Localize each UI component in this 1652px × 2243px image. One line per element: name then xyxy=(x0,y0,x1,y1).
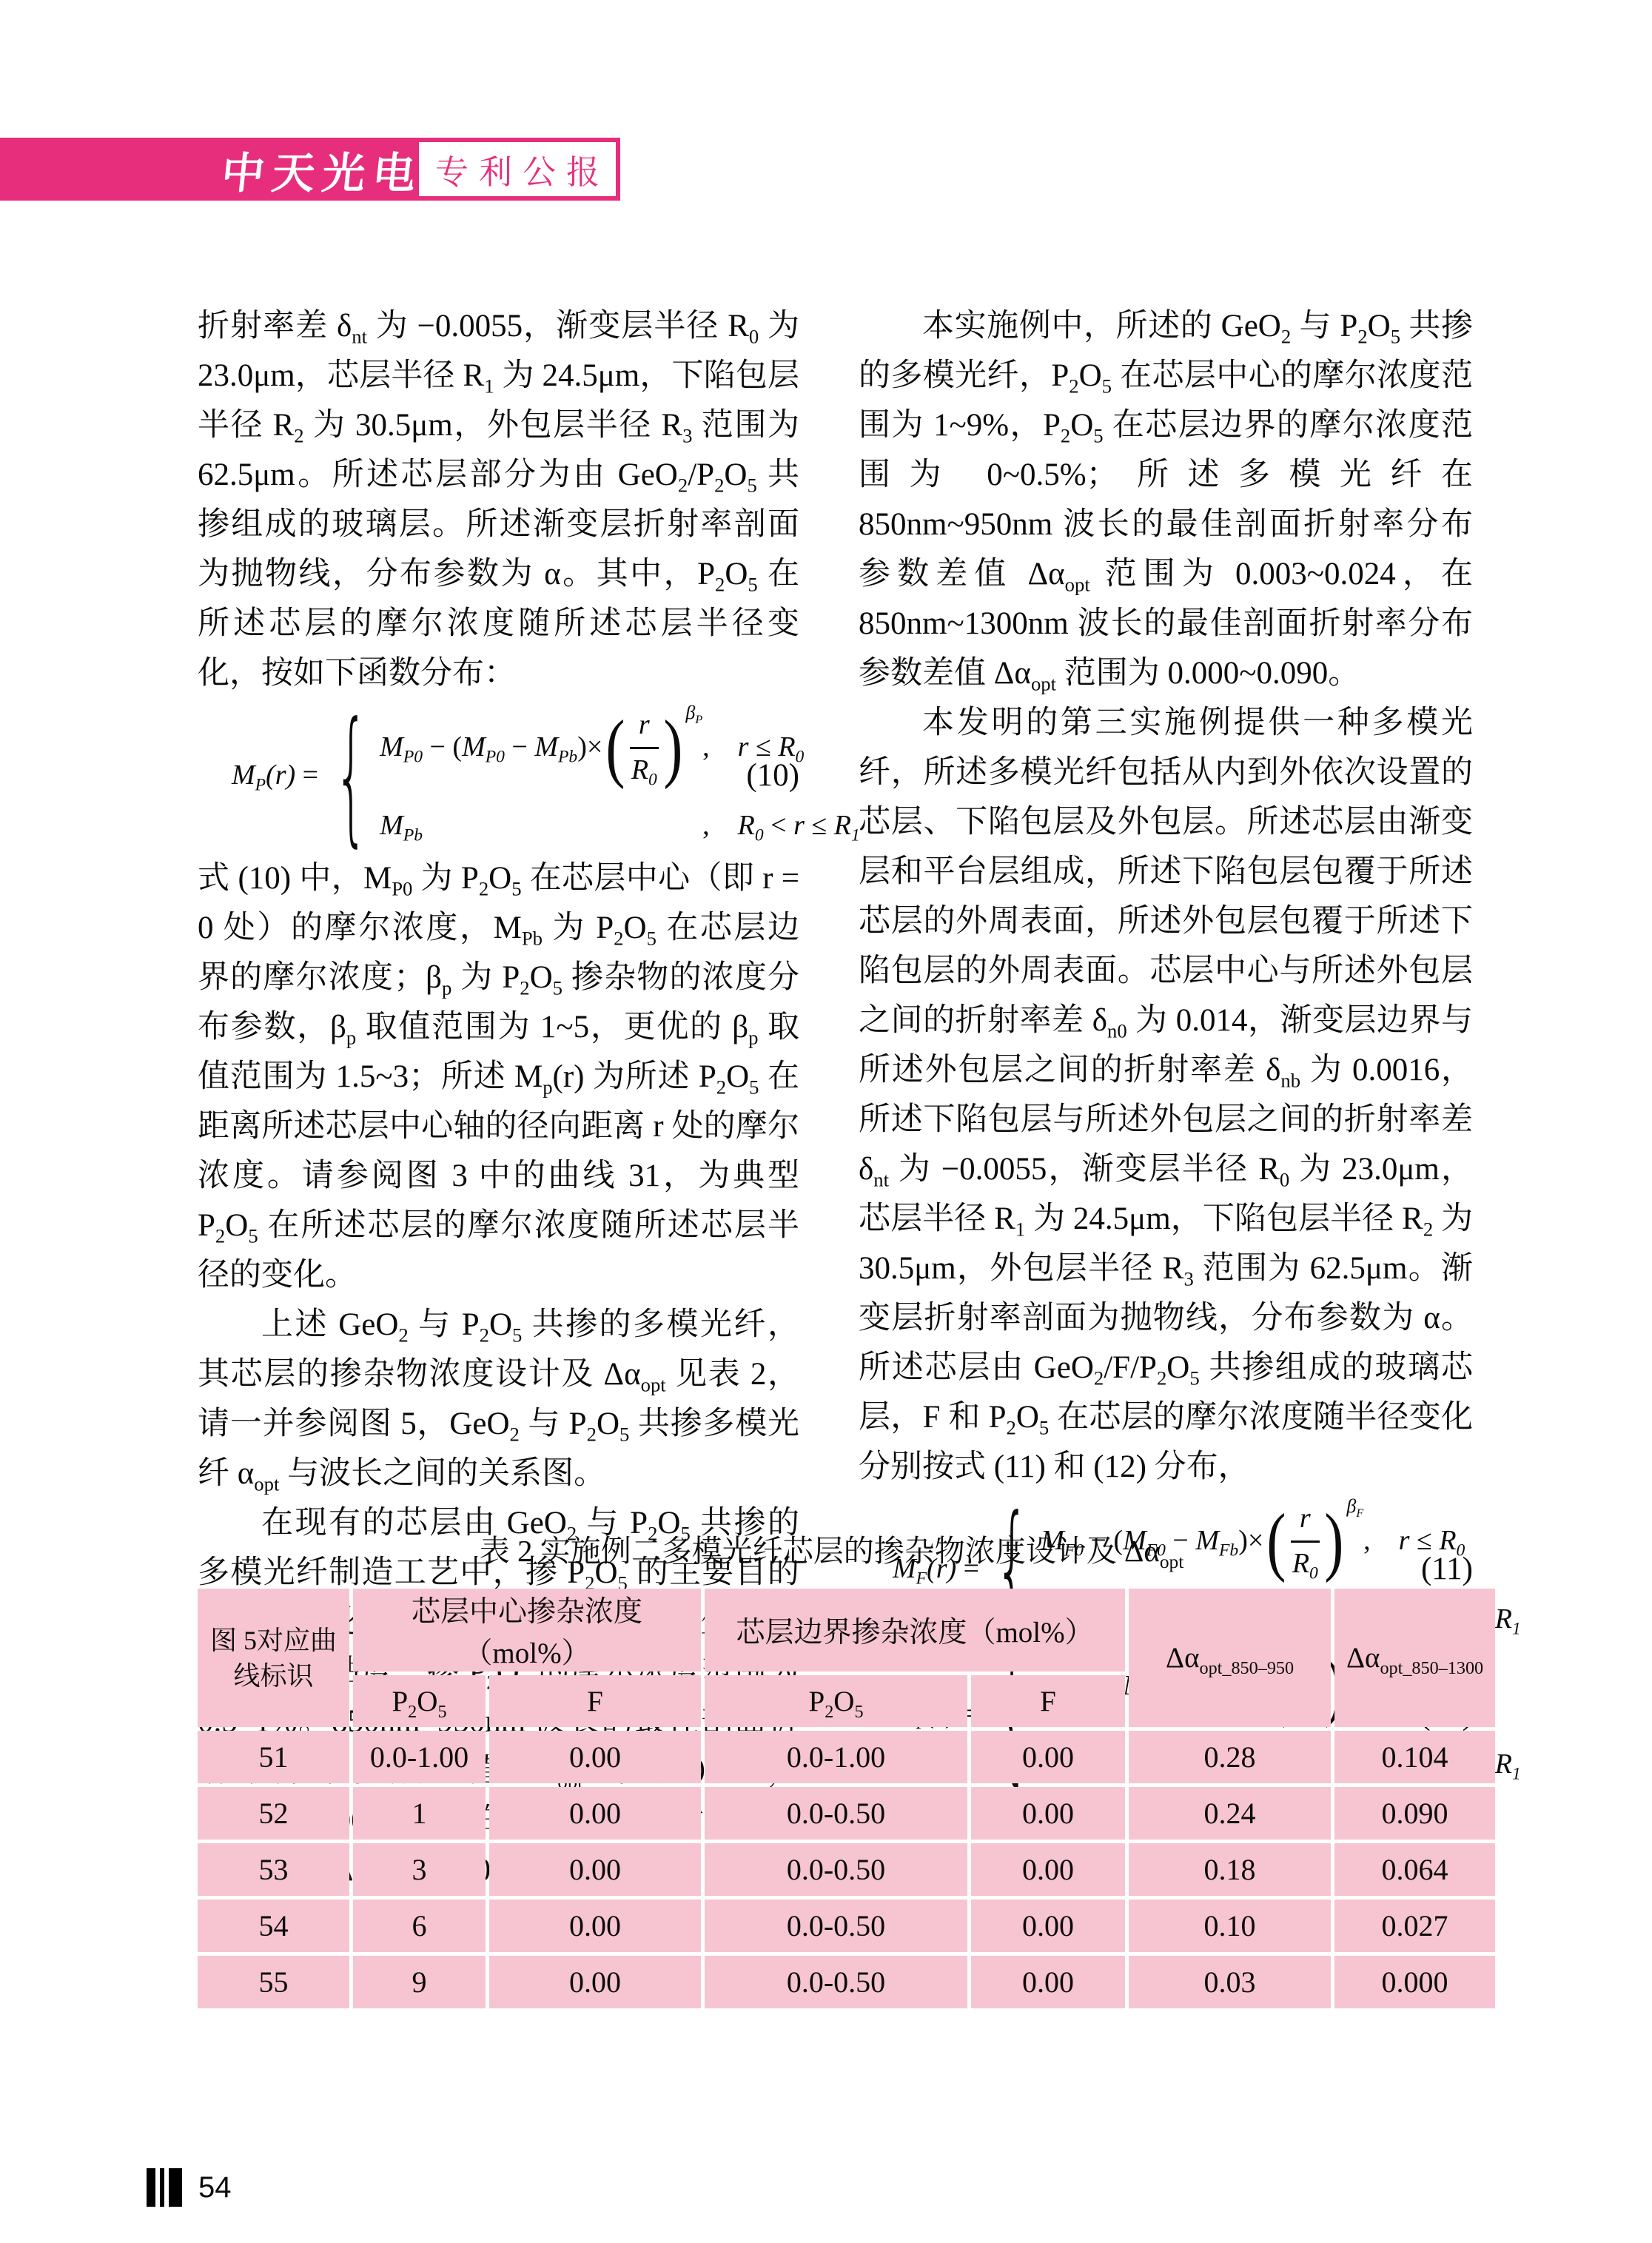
fraction: r R0 xyxy=(630,708,659,787)
table-cell: 6 xyxy=(353,1900,486,1952)
paragraph: 上述 GeO2 与 P2O5 共掺的多模光纤，其芯层的掺杂物浓度设计及 Δαop… xyxy=(198,1300,799,1498)
table-cell: 3 xyxy=(353,1843,486,1896)
table-cell: 0.00 xyxy=(971,1731,1125,1783)
table-title: 表 2 实施例二多模光纤芯层的掺杂物浓度设计及 Δαopt xyxy=(194,1526,1469,1570)
left-brace: { xyxy=(335,703,369,848)
table-cell: 1 xyxy=(353,1787,486,1840)
header-dalpha-850-950: Δαopt_850–950 xyxy=(1129,1589,1331,1727)
formula-lhs: MP(r) = xyxy=(232,759,318,793)
table-cell: 0.10 xyxy=(1129,1900,1331,1952)
table-cell: 0.000 xyxy=(1334,1956,1495,2008)
table-cell: 0.0-0.50 xyxy=(705,1787,967,1840)
doping-table-wrap: 图 5对应曲线标识 芯层中心掺杂浓度（mol%） 芯层边界掺杂浓度（mol%） … xyxy=(194,1585,1469,2012)
table-row: 5330.000.0-0.500.000.180.064 xyxy=(198,1843,1495,1896)
table-cell: 55 xyxy=(198,1956,349,2008)
table-cell: 0.00 xyxy=(489,1843,701,1896)
equation-number: (10) xyxy=(746,757,799,795)
table-cell: 0.090 xyxy=(1334,1787,1495,1840)
company-logo: 中天光电 xyxy=(219,138,427,201)
table-row: 5210.000.0-0.500.000.240.090 xyxy=(198,1787,1495,1840)
table-cell: 51 xyxy=(198,1731,349,1783)
table-cell: 0.00 xyxy=(971,1900,1125,1952)
paragraph: 本实施例中，所述的 GeO2 与 P2O5 共掺的多模光纤，P2O5 在芯层中心… xyxy=(859,301,1473,698)
header-edge-doping: 芯层边界掺杂浓度（mol%） xyxy=(705,1589,1125,1672)
table-cell: 0.104 xyxy=(1334,1731,1495,1783)
table-cell: 53 xyxy=(198,1843,349,1896)
patent-gazette-page: 中天光电 专利公报 折射率差 δnt 为 −0.0055，渐变层半径 R0 为 … xyxy=(0,0,1652,2243)
page-footer: 54 xyxy=(147,2167,232,2207)
paragraph: 本发明的第三实施例提供一种多模光纤，所述多模光纤包括从内到外依次设置的芯层、下陷… xyxy=(859,698,1473,1492)
header-center-doping: 芯层中心掺杂浓度（mol%） xyxy=(353,1589,701,1672)
table-cell: 0.24 xyxy=(1129,1787,1331,1840)
table-cell: 52 xyxy=(198,1787,349,1840)
table-cell: 0.064 xyxy=(1334,1843,1495,1896)
exponent: βF xyxy=(1346,1495,1363,1518)
page-number: 54 xyxy=(198,2171,232,2205)
table-cell: 0.0-1.00 xyxy=(353,1731,486,1783)
subheader-p2o5-center: P2O5 xyxy=(353,1675,486,1727)
patent-gazette-badge: 专利公报 xyxy=(414,138,620,201)
table-cell: 0.00 xyxy=(971,1843,1125,1896)
badge-label: 专利公报 xyxy=(425,145,610,193)
subheader-f-edge: F xyxy=(971,1675,1125,1727)
fraction-denominator: R0 xyxy=(631,749,657,788)
table-header-row: 图 5对应曲线标识 芯层中心掺杂浓度（mol%） 芯层边界掺杂浓度（mol%） … xyxy=(198,1589,1495,1672)
header-dalpha-850-1300: Δαopt_850–1300 xyxy=(1334,1589,1495,1727)
paragraph: 折射率差 δnt 为 −0.0055，渐变层半径 R0 为 23.0μm，芯层半… xyxy=(198,301,799,698)
formula-term: MP0 − (MP0 − MPb)× xyxy=(380,731,602,765)
table-cell: 0.00 xyxy=(489,1900,701,1952)
table-cell: 0.00 xyxy=(971,1956,1125,2008)
formula-expression: MP0 − (MP0 − MPb)× ( r R0 ) βP xyxy=(380,708,702,787)
footer-bars-icon xyxy=(147,2168,187,2207)
table-cell: 0.00 xyxy=(489,1956,701,2008)
subheader-p2o5-edge: P2O5 xyxy=(705,1675,967,1727)
table-row: 5460.000.0-0.500.000.100.027 xyxy=(198,1900,1495,1952)
table-cell: 54 xyxy=(198,1900,349,1952)
table-cell: 0.0-0.50 xyxy=(705,1900,967,1952)
piecewise-formula: MP(r) = { MP0 − (MP0 − MPb)× ( r R0 ) βP… xyxy=(232,708,799,843)
paragraph: 式 (10) 中，MP0 为 P2O5 在芯层中心（即 r = 0 处）的摩尔浓… xyxy=(198,854,799,1300)
table-cell: 0.0-1.00 xyxy=(705,1731,967,1783)
table-cell: 0.00 xyxy=(971,1787,1125,1840)
table-cell: 9 xyxy=(353,1956,486,2008)
header-curve-id: 图 5对应曲线标识 xyxy=(198,1589,349,1727)
table-row: 5590.000.0-0.500.000.030.000 xyxy=(198,1956,1495,2008)
doping-concentration-table: 图 5对应曲线标识 芯层中心掺杂浓度（mol%） 芯层边界掺杂浓度（mol%） … xyxy=(194,1585,1499,2012)
table-cell: 0.027 xyxy=(1334,1900,1495,1952)
header-band: 中天光电 xyxy=(0,138,414,201)
table-cell: 0.00 xyxy=(489,1787,701,1840)
subheader-f-center: F xyxy=(489,1675,701,1727)
fraction-numerator: r xyxy=(630,708,659,749)
table-cell: 0.0-0.50 xyxy=(705,1956,967,2008)
table-cell: 0.03 xyxy=(1129,1956,1331,2008)
table-cell: 0.18 xyxy=(1129,1843,1331,1896)
table-cell: 0.0-0.50 xyxy=(705,1843,967,1896)
table-cell: 0.00 xyxy=(489,1731,701,1783)
formula-term: MPb xyxy=(380,809,423,843)
table-row: 510.0-1.000.000.0-1.000.000.280.104 xyxy=(198,1731,1495,1783)
exponent: βP xyxy=(685,701,702,724)
table-cell: 0.28 xyxy=(1129,1731,1331,1783)
